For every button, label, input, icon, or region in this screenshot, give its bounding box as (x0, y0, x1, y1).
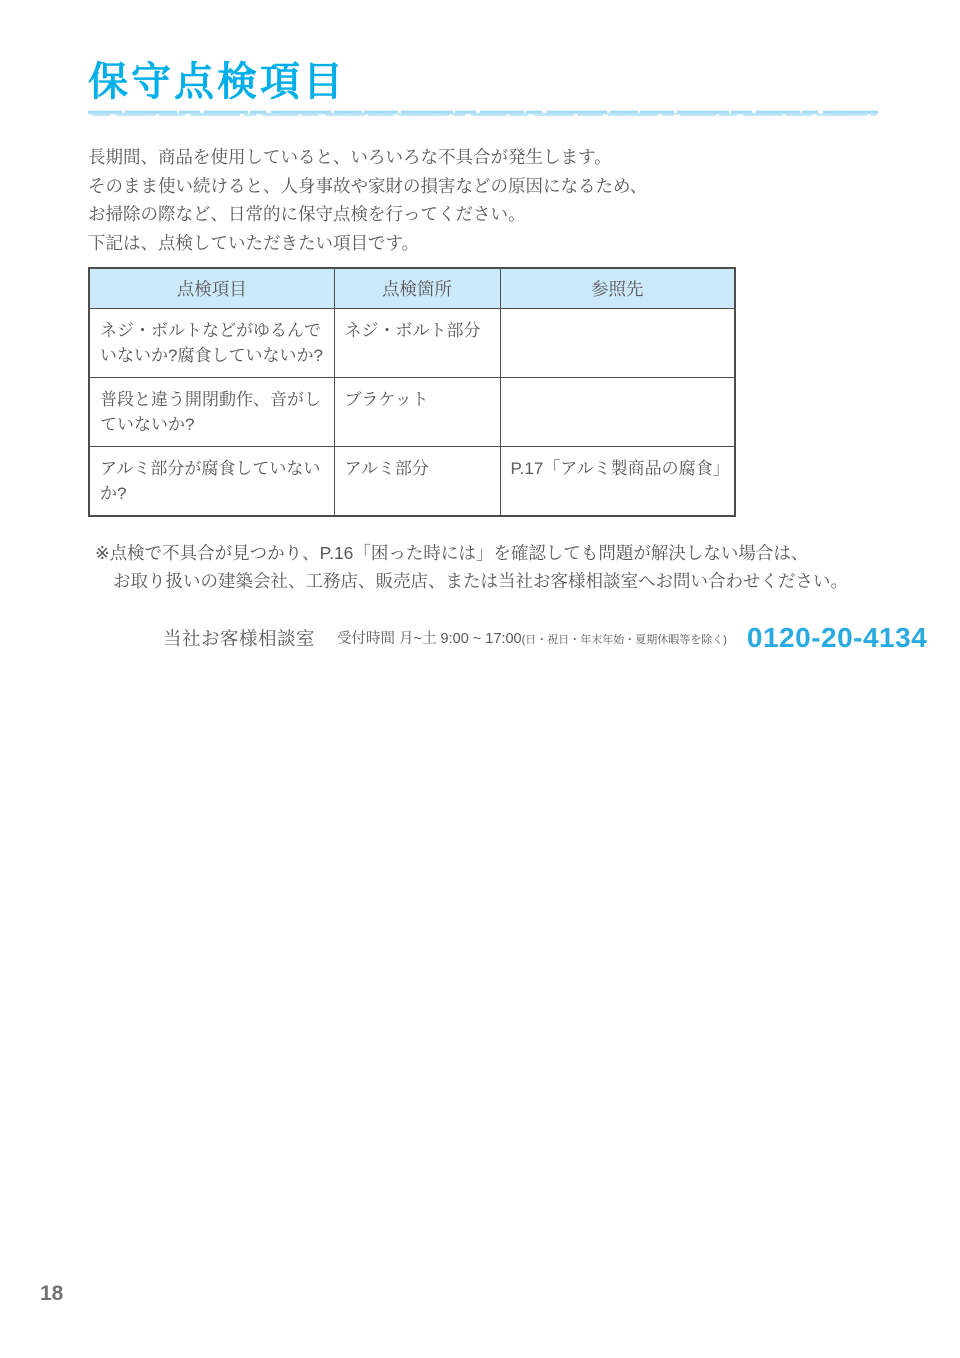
intro-line: 長期間、商品を使用していると、いろいろな不具合が発生します。 (88, 143, 872, 172)
cell-reference (500, 377, 735, 446)
cell-reference (500, 308, 735, 377)
header-inspection-item: 点検項目 (89, 268, 334, 308)
intro-line: お掃除の際など、日常的に保守点検を行ってください。 (88, 200, 872, 229)
support-hours-note: (日・祝日・年末年始・夏期休暇等を除く) (522, 634, 727, 646)
support-hours-text: 受付時間 月~土 9:00 ~ 17:00 (337, 631, 522, 647)
cell-location: アルミ部分 (334, 446, 500, 516)
header-reference: 参照先 (500, 268, 735, 308)
cell-item: 普段と違う開閉動作、音がしていないか? (89, 377, 334, 446)
cell-item: アルミ部分が腐食していないか? (89, 446, 334, 516)
page-content: 保守点検項目 長期間、商品を使用していると、いろいろな不具合が発生します。 その… (0, 0, 960, 654)
table-row: 普段と違う開閉動作、音がしていないか? ブラケット (89, 377, 735, 446)
cell-reference: P.17「アルミ製商品の腐食」 (500, 446, 735, 516)
page-number: 18 (40, 1282, 63, 1306)
footnote-line: ※点検で不具合が見つかり、P.16「困った時には」を確認しても問題が解決しない場… (95, 539, 872, 568)
cell-location: ネジ・ボルト部分 (334, 308, 500, 377)
intro-paragraph: 長期間、商品を使用していると、いろいろな不具合が発生します。 そのまま使い続ける… (88, 143, 872, 257)
footnote-line: お取り扱いの建築会社、工務店、販売店、または当社お客様相談室へお問い合わせくださ… (95, 567, 872, 596)
manual-page: 保守点検項目 長期間、商品を使用していると、いろいろな不具合が発生します。 その… (0, 0, 960, 1358)
page-title: 保守点検項目 (88, 60, 872, 104)
cell-location: ブラケット (334, 377, 500, 446)
table-row: ネジ・ボルトなどがゆるんでいないか?腐食していないか? ネジ・ボルト部分 (89, 308, 735, 377)
inspection-table: 点検項目 点検箇所 参照先 ネジ・ボルトなどがゆるんでいないか?腐食していないか… (88, 267, 736, 517)
table-row: アルミ部分が腐食していないか? アルミ部分 P.17「アルミ製商品の腐食」 (89, 446, 735, 516)
customer-support-row: 当社お客様相談室 受付時間 月~土 9:00 ~ 17:00(日・祝日・年末年始… (163, 622, 872, 654)
title-underline-brush (88, 109, 878, 118)
intro-line: そのまま使い続けると、人身事故や家財の損害などの原因になるため、 (88, 172, 872, 201)
customer-support-label: 当社お客様相談室 (163, 625, 315, 651)
table-header-row: 点検項目 点検箇所 参照先 (89, 268, 735, 308)
header-inspection-location: 点検箇所 (334, 268, 500, 308)
footnote: ※点検で不具合が見つかり、P.16「困った時には」を確認しても問題が解決しない場… (95, 539, 872, 596)
cell-item: ネジ・ボルトなどがゆるんでいないか?腐食していないか? (89, 308, 334, 377)
intro-line: 下記は、点検していただきたい項目です。 (88, 229, 872, 258)
support-hours: 受付時間 月~土 9:00 ~ 17:00(日・祝日・年末年始・夏期休暇等を除く… (337, 627, 727, 648)
support-phone-number: 0120-20-4134 (747, 622, 927, 654)
